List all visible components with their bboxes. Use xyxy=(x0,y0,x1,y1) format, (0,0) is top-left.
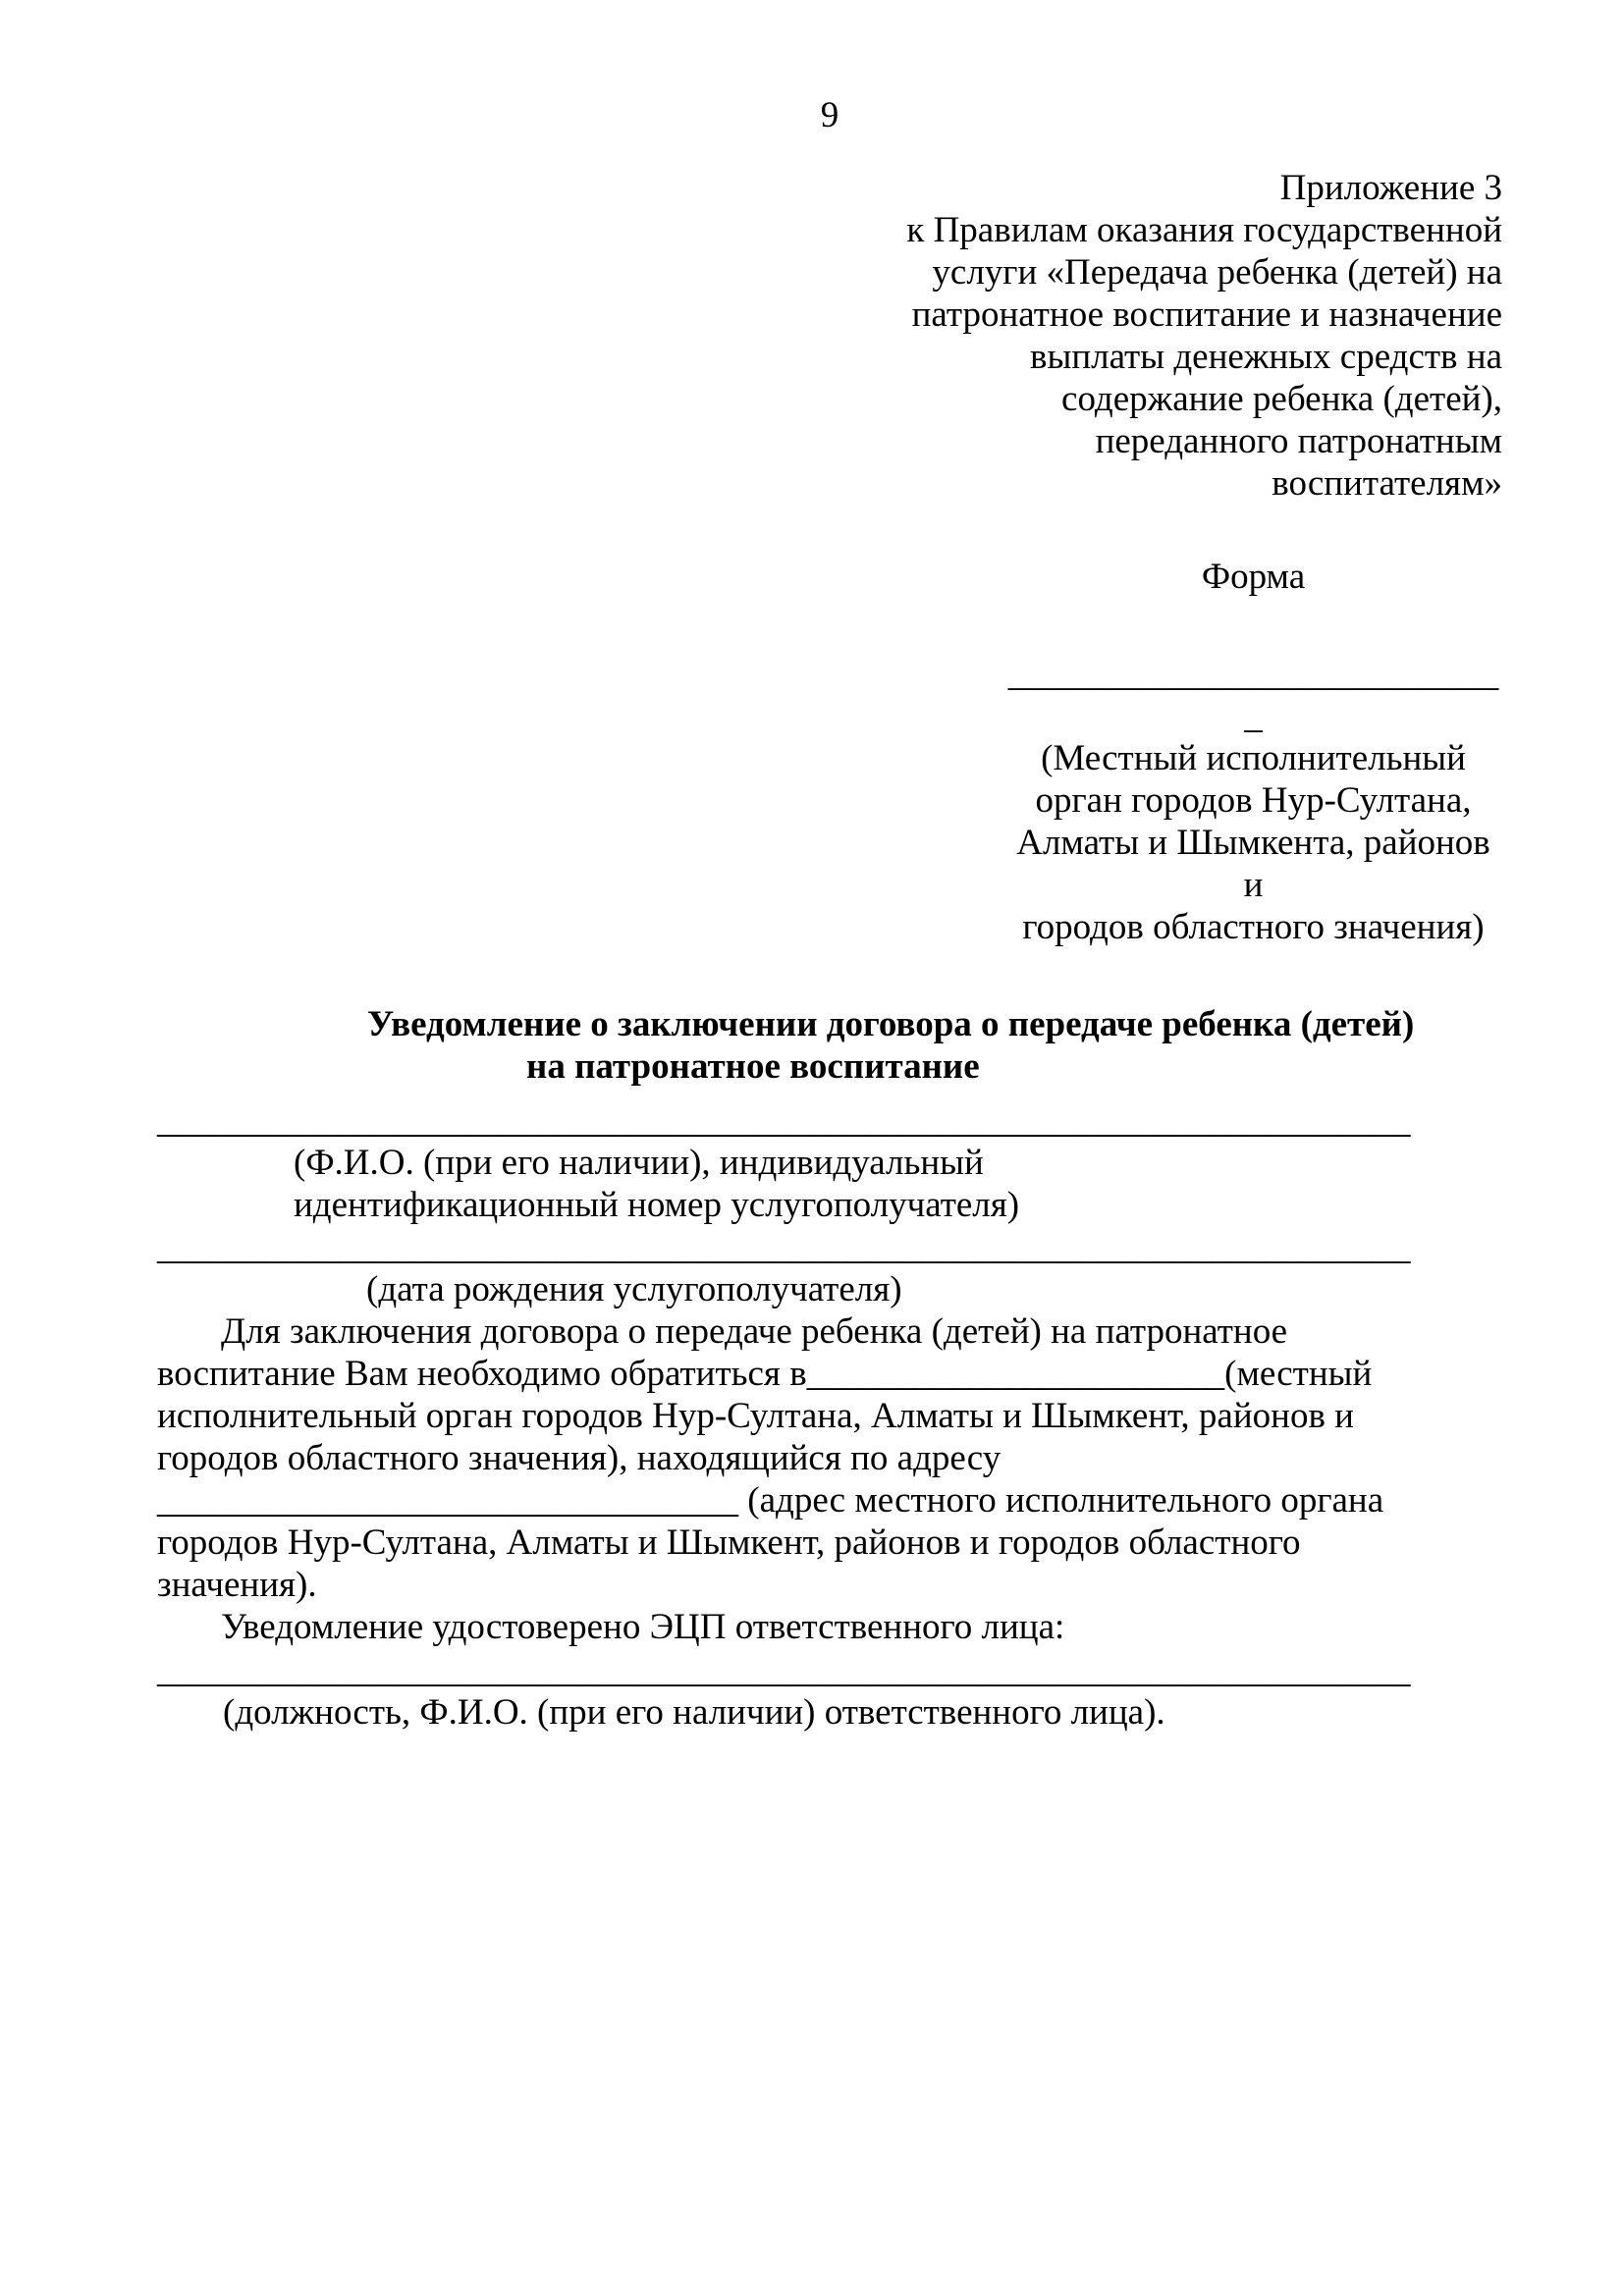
appendix-line: воспитателям» xyxy=(157,462,1502,505)
document-page: 9 Приложение 3 к Правилам оказания госуд… xyxy=(157,94,1502,1734)
form-label: Форма xyxy=(1004,556,1502,598)
caption-birthdate: (дата рождения услугополучателя) xyxy=(157,1268,1502,1310)
caption-fio: (Ф.И.О. (при его наличии), индивидуальны… xyxy=(157,1142,1502,1226)
paragraph-line: городов Нур-Султана, Алматы и Шымкент, р… xyxy=(157,1522,1502,1564)
recipient-line: орган городов Нур-Султана, xyxy=(1004,779,1502,822)
ecp-note-line: Уведомление удостоверено ЭЦП ответственн… xyxy=(157,1606,1502,1648)
appendix-line: содержание ребенка (детей), xyxy=(157,378,1502,420)
caption-fio-line-2: идентификационный номер услугополучателя… xyxy=(157,1184,1502,1226)
document-title: Уведомление о заключении договора о пере… xyxy=(157,1003,1502,1088)
appendix-line: к Правилам оказания государственной xyxy=(157,209,1502,251)
appendix-line: патронатное воспитание и назначение xyxy=(157,294,1502,336)
appendix-header-block: Приложение 3 к Правилам оказания государ… xyxy=(157,167,1502,505)
recipient-line: и xyxy=(1004,864,1502,906)
caption-official: (должность, Ф.И.О. (при его наличии) отв… xyxy=(157,1691,1502,1734)
paragraph-line: городов областного значения), находящийс… xyxy=(157,1437,1502,1479)
ruled-line-recipient: ___________________________ xyxy=(1004,653,1502,695)
recipient-dash: _ xyxy=(1004,695,1502,737)
recipient-line: городов областного значения) xyxy=(1004,906,1502,948)
paragraph-line-with-blank: ________________________________ (адрес … xyxy=(157,1479,1502,1522)
body-paragraph: Для заключения договора о передаче ребен… xyxy=(157,1310,1502,1648)
appendix-line: Приложение 3 xyxy=(157,167,1502,209)
appendix-line: переданного патронатным xyxy=(157,420,1502,462)
appendix-line: услуги «Передача ребенка (детей) на xyxy=(157,251,1502,294)
paragraph-line: исполнительный орган городов Нур-Султана… xyxy=(157,1395,1502,1437)
recipient-line: (Местный исполнительный xyxy=(1004,737,1502,779)
appendix-line: выплаты денежных средств на xyxy=(157,336,1502,378)
caption-fio-line-1: (Ф.И.О. (при его наличии), индивидуальны… xyxy=(157,1142,1502,1184)
ruled-line-official: ________________________________________… xyxy=(157,1649,1502,1691)
document-title-line-2: на патронатное воспитание xyxy=(157,1045,1502,1088)
paragraph-line: значения). xyxy=(157,1564,1502,1606)
page-number: 9 xyxy=(157,94,1502,136)
recipient-block: _ (Местный исполнительный орган городов … xyxy=(1004,695,1502,948)
ruled-line-fio: ________________________________________… xyxy=(157,1099,1502,1142)
document-title-line-1: Уведомление о заключении договора о пере… xyxy=(157,1003,1502,1045)
paragraph-line-with-blank: воспитание Вам необходимо обратиться в__… xyxy=(157,1353,1502,1395)
recipient-line: Алматы и Шымкента, районов xyxy=(1004,822,1502,864)
ruled-line-birthdate: ________________________________________… xyxy=(157,1226,1502,1268)
paragraph-line: Для заключения договора о передаче ребен… xyxy=(157,1310,1502,1353)
